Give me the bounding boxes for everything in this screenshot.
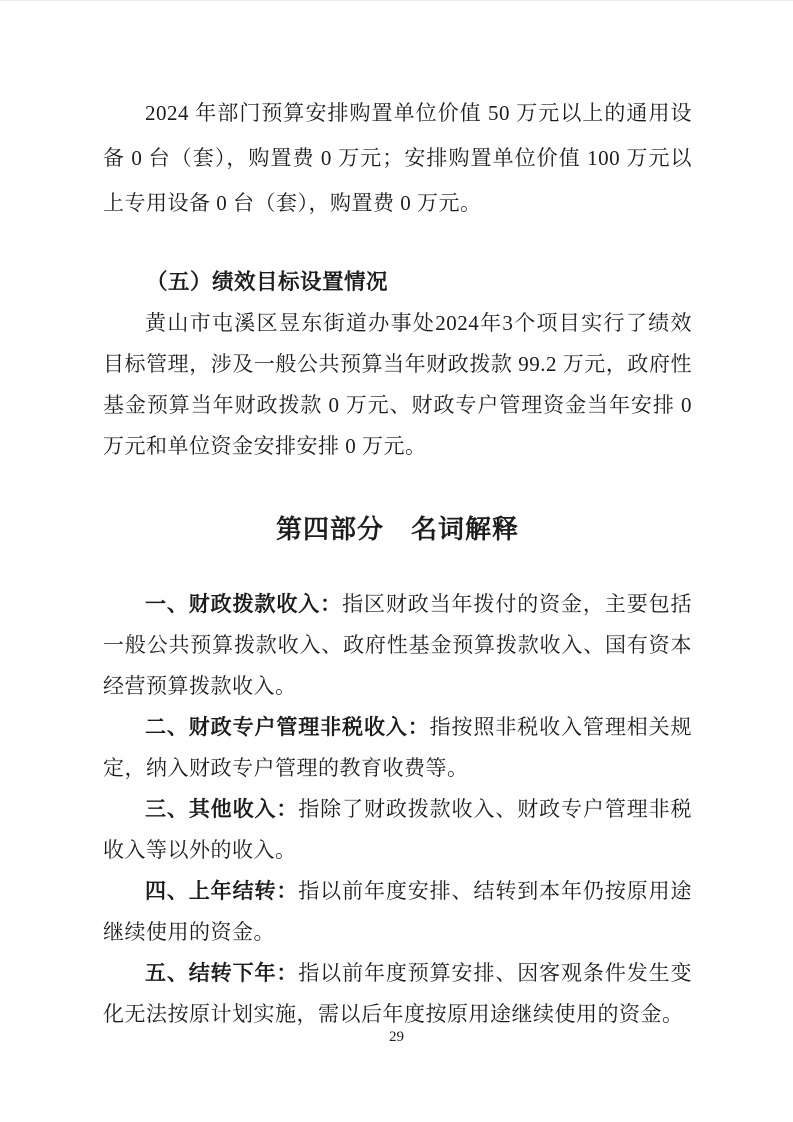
term-lead: 五、结转下年：: [145, 962, 298, 985]
term-definition-fiscal-appropriation: 一、财政拨款收入：指区财政当年拨付的资金，主要包括一般公共预算拨款收入、政府性基…: [103, 584, 692, 707]
term-lead: 三、其他收入：: [145, 798, 298, 821]
document-page: 2024 年部门预算安排购置单位价值 50 万元以上的通用设备 0 台（套），购…: [0, 0, 793, 1122]
page-number: 29: [0, 1027, 793, 1047]
term-definition-carryover-from-prior-year: 四、上年结转：指以前年度安排、结转到本年仍按原用途继续使用的资金。: [103, 871, 692, 953]
glossary-terms: 一、财政拨款收入：指区财政当年拨付的资金，主要包括一般公共预算拨款收入、政府性基…: [103, 584, 692, 1035]
term-lead: 四、上年结转：: [145, 880, 298, 903]
term-definition-special-account-nontax: 二、财政专户管理非税收入：指按照非税收入管理相关规定，纳入财政专户管理的教育收费…: [103, 707, 692, 789]
section-heading-performance-goals: （五）绩效目标设置情况: [103, 262, 692, 303]
paragraph-equipment-purchase: 2024 年部门预算安排购置单位价值 50 万元以上的通用设备 0 台（套），购…: [103, 91, 692, 226]
part-title-glossary: 第四部分 名词解释: [103, 507, 692, 552]
term-lead: 一、财政拨款收入：: [145, 593, 342, 616]
paragraph-performance-goals: 黄山市屯溪区昱东街道办事处2024年3个项目实行了绩效目标管理，涉及一般公共预算…: [103, 303, 692, 467]
term-definition-carryover-to-next-year: 五、结转下年：指以前年度预算安排、因客观条件发生变化无法按原计划实施，需以后年度…: [103, 953, 692, 1035]
term-definition-other-income: 三、其他收入：指除了财政拨款收入、财政专户管理非税收入等以外的收入。: [103, 789, 692, 871]
term-lead: 二、财政专户管理非税收入：: [145, 716, 430, 739]
